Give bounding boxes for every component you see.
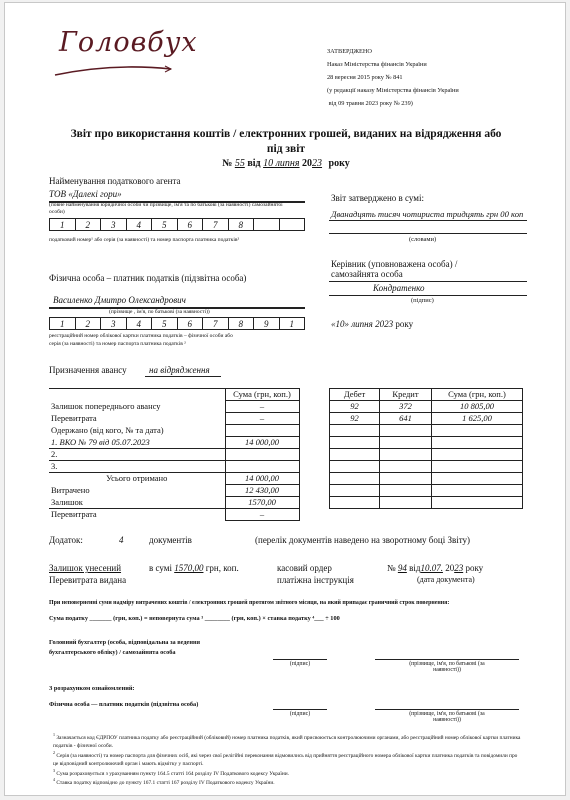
approval-stamp: ЗАТВЕРДЖЕНО Наказ Міністерства фінансів … bbox=[327, 45, 459, 110]
date-year: 2023 bbox=[375, 319, 393, 329]
debit-cell bbox=[330, 473, 380, 485]
return-sum-value: 1570,00 bbox=[174, 563, 203, 573]
sum-header: Сума (грн, коп.) bbox=[225, 389, 299, 401]
attachment-count: 4 bbox=[119, 535, 124, 545]
purpose-label: Призначення авансу bbox=[49, 365, 127, 375]
footnote-mark: 4 bbox=[53, 777, 55, 782]
debit-header: Дебет bbox=[330, 389, 380, 401]
acquainted-label: З розрахунком ознайомлений: bbox=[49, 685, 135, 692]
debit-cell bbox=[330, 425, 380, 437]
code-cell bbox=[280, 219, 305, 230]
code-cell: 1 bbox=[50, 318, 76, 329]
row-value: 1570,00 bbox=[225, 497, 299, 509]
report-year: 23 bbox=[312, 158, 322, 169]
sum-cell: 10 805,00 bbox=[432, 401, 523, 413]
row-label: Витрачено bbox=[49, 485, 225, 497]
accounting-entries-table: Дебет Кредит Сума (грн, коп.) 9237210 80… bbox=[329, 388, 523, 509]
row-label: Залишок попереднього авансу bbox=[49, 401, 225, 413]
approval-line: (у редакції наказу Міністерства фінансів… bbox=[327, 84, 459, 97]
accountant-name-caption: (прізвище, ім'я, по батькові (за наявнос… bbox=[375, 661, 519, 673]
footnote-text: Зазначається код ЄДРПОУ платника податку… bbox=[53, 735, 520, 749]
year-prefix: 20 bbox=[445, 563, 454, 573]
code-cell: 1 bbox=[50, 219, 76, 230]
doc-type-payment-instruction: платіжна інструкція bbox=[277, 575, 354, 585]
footnote-text: Серія (за наявності) та номер паспорта д… bbox=[53, 753, 517, 767]
year-prefix: 20 bbox=[302, 158, 312, 169]
agent-code-cells: 1 2 3 4 5 6 7 8 bbox=[49, 218, 305, 231]
head-name: Кондратенко bbox=[373, 283, 424, 293]
footnote-2: 2 Серія (за наявності) та номер паспорта… bbox=[53, 749, 523, 768]
logo-swash-icon bbox=[53, 63, 173, 77]
row-value: 14 000,00 bbox=[225, 473, 299, 485]
year-word: року bbox=[465, 563, 483, 573]
approval-line: 28 вересня 2015 року № 841 bbox=[327, 71, 459, 84]
debit-cell: 92 bbox=[330, 413, 380, 425]
person-code-cells: 1 2 3 4 5 6 7 8 9 1 bbox=[49, 317, 305, 330]
sum-cell bbox=[432, 449, 523, 461]
code-cell: 6 bbox=[178, 318, 204, 329]
code-cell: 1 bbox=[280, 318, 305, 329]
sum-cell bbox=[432, 497, 523, 509]
person-signature-caption: (підпис) bbox=[273, 711, 327, 717]
year-word: року bbox=[329, 158, 350, 169]
row-label: 1. ВКО № 79 від 05.07.2023 bbox=[49, 437, 225, 449]
row-value bbox=[225, 461, 299, 473]
logo: Головбух bbox=[59, 27, 198, 58]
code-cell: 8 bbox=[229, 219, 255, 230]
credit-cell bbox=[380, 497, 432, 509]
code-cell: 6 bbox=[178, 219, 204, 230]
row-value bbox=[225, 449, 299, 461]
accountant-signature-caption: (підпис) bbox=[273, 661, 327, 667]
document-title-line2: під звіт bbox=[5, 143, 567, 155]
report-date: 10 липня bbox=[263, 158, 299, 169]
doc-type-cash-order: касовий ордер bbox=[277, 563, 332, 573]
person-code-caption: реєстраційний номер облікової картки пла… bbox=[49, 333, 233, 340]
approval-date: «10» липня 2023 року bbox=[331, 319, 413, 329]
footnote-mark: 2 bbox=[53, 750, 55, 755]
row-value: – bbox=[225, 413, 299, 425]
row-label: 3. bbox=[49, 461, 225, 473]
return-date: 10.07. bbox=[420, 563, 443, 573]
document-title: Звіт про використання коштів / електронн… bbox=[5, 128, 567, 140]
debit-cell bbox=[330, 461, 380, 473]
sum-cell bbox=[432, 437, 523, 449]
code-cell: 4 bbox=[127, 318, 153, 329]
code-cell: 2 bbox=[76, 219, 102, 230]
person-signature-label: Фізична особа — платник податків (підзві… bbox=[49, 701, 198, 708]
debit-cell: 92 bbox=[330, 401, 380, 413]
code-cell: 9 bbox=[254, 318, 280, 329]
credit-cell: 641 bbox=[380, 413, 432, 425]
sum-cell bbox=[432, 473, 523, 485]
approved-sum-words: Дванадцять тисяч чотириста тридцять грн … bbox=[331, 209, 523, 219]
report-number-line: № 55 від 10 липня 2023 року bbox=[5, 158, 567, 169]
head-label-2: самозайнята особа bbox=[331, 269, 403, 279]
return-number: 94 bbox=[398, 563, 407, 573]
approved-sum-label: Звіт затверджено в сумі: bbox=[331, 193, 424, 203]
row-label: Одержано (від кого, № та дата) bbox=[49, 425, 225, 437]
footnote-4: 4 Ставка податку відповідно до пункту 16… bbox=[53, 776, 523, 787]
credit-cell bbox=[380, 425, 432, 437]
code-cell: 7 bbox=[203, 219, 229, 230]
credit-cell bbox=[380, 473, 432, 485]
row-label: Перевитрата bbox=[49, 413, 225, 425]
code-cell: 2 bbox=[76, 318, 102, 329]
purpose-value: на відрядження bbox=[149, 365, 210, 375]
tax-formula: Сума податку _______ (грн, коп.) = непов… bbox=[49, 615, 340, 622]
attachment-note: (перелік документів наведено на зворотно… bbox=[255, 535, 470, 545]
caption-line: наявності)) bbox=[375, 667, 519, 673]
row-value: 12 430,00 bbox=[225, 485, 299, 497]
return-sum: в сумі 1570,00 грн, коп. bbox=[149, 563, 239, 573]
debit-cell bbox=[330, 497, 380, 509]
debit-cell bbox=[330, 485, 380, 497]
advance-table: Сума (грн, коп.) Залишок попереднього ав… bbox=[49, 388, 300, 521]
row-value: – bbox=[225, 509, 299, 521]
head-label: Керівник (уповноважена особа) / bbox=[331, 259, 457, 269]
person-label: Фізична особа – платник податків (підзві… bbox=[49, 273, 246, 283]
return-doc-number: № 94 від10.07. 2023 року bbox=[387, 563, 483, 573]
footnote-1: 1 Зазначається код ЄДРПОУ платника подат… bbox=[53, 731, 523, 750]
code-cell: 8 bbox=[229, 318, 255, 329]
from-word: від bbox=[409, 563, 420, 573]
head-signature-caption: (підпис) bbox=[411, 297, 434, 304]
row-value: 14 000,00 bbox=[225, 437, 299, 449]
caption-line: наявності)) bbox=[375, 717, 519, 723]
number-prefix: № bbox=[387, 563, 396, 573]
footnote-text: Ставка податку відповідно до пункту 167.… bbox=[56, 780, 274, 786]
code-cell: 5 bbox=[152, 219, 178, 230]
approval-line: Наказ Міністерства фінансів України bbox=[327, 58, 459, 71]
debit-cell bbox=[330, 437, 380, 449]
date-word: року bbox=[395, 319, 413, 329]
agent-name: ТОВ «Далекі гори» bbox=[49, 189, 122, 199]
footnote-mark: 1 bbox=[53, 732, 55, 737]
code-cell bbox=[254, 219, 280, 230]
code-cell: 4 bbox=[127, 219, 153, 230]
words-caption: (словами) bbox=[409, 236, 436, 243]
agent-label: Найменування податкового агента bbox=[49, 176, 181, 186]
approval-line: від 09 травня 2023 року № 239) bbox=[327, 97, 459, 110]
row-value bbox=[225, 425, 299, 437]
row-label: Залишок bbox=[49, 497, 225, 509]
sum-cell bbox=[432, 461, 523, 473]
date-day: «10» bbox=[331, 319, 349, 329]
credit-cell bbox=[380, 449, 432, 461]
attachment-label: Додаток: bbox=[49, 535, 83, 545]
credit-cell: 372 bbox=[380, 401, 432, 413]
overspend-label: Перевитрата видана bbox=[49, 575, 126, 585]
row-label: Усього отримано bbox=[49, 473, 225, 485]
attachment-unit: документів bbox=[149, 535, 192, 545]
document-page: Головбух ЗАТВЕРДЖЕНО Наказ Міністерства … bbox=[4, 2, 566, 796]
currency: грн, коп. bbox=[206, 563, 239, 573]
credit-cell bbox=[380, 437, 432, 449]
row-label: 2. bbox=[49, 449, 225, 461]
date-caption: (дата документа) bbox=[417, 575, 475, 584]
date-month: липня bbox=[351, 319, 373, 329]
footnote-mark: 3 bbox=[53, 768, 55, 773]
code-cell: 3 bbox=[101, 318, 127, 329]
sum-cell bbox=[432, 485, 523, 497]
person-name-caption: (прізвище , ім'я, по батькові (за наявно… bbox=[109, 309, 210, 316]
code-cell: 7 bbox=[203, 318, 229, 329]
sum-label: в сумі bbox=[149, 563, 172, 573]
number-prefix: № bbox=[222, 158, 232, 169]
debit-cell bbox=[330, 449, 380, 461]
from-word: від bbox=[247, 158, 260, 169]
row-value: – bbox=[225, 401, 299, 413]
report-number: 55 bbox=[235, 158, 245, 169]
remainder-label: Залишок унесений bbox=[49, 563, 121, 573]
accountant-label: Головний бухгалтер (особа, відповідальна… bbox=[49, 639, 200, 646]
approval-heading: ЗАТВЕРДЖЕНО bbox=[327, 45, 459, 58]
code-cell: 5 bbox=[152, 318, 178, 329]
credit-header: Кредит bbox=[380, 389, 432, 401]
sum-cell bbox=[432, 425, 523, 437]
credit-cell bbox=[380, 461, 432, 473]
tax-condition: При неповерненні суми надміру витрачених… bbox=[49, 600, 449, 606]
person-name: Василенко Дмитро Олександрович bbox=[53, 295, 186, 305]
agent-name-caption: (повне найменування юридичної особи чи п… bbox=[49, 202, 289, 216]
accountant-label-2: бухгалтерського обліку) / самозайнята ос… bbox=[49, 649, 176, 656]
agent-code-caption: податковий номер¹ або серія (за наявност… bbox=[49, 237, 239, 244]
credit-cell bbox=[380, 485, 432, 497]
return-year: 23 bbox=[454, 563, 463, 573]
sum-cell: 1 625,00 bbox=[432, 413, 523, 425]
person-name-caption: (прізвище, ім'я, по батькові (за наявнос… bbox=[375, 711, 519, 723]
code-cell: 3 bbox=[101, 219, 127, 230]
sum-header: Сума (грн, коп.) bbox=[432, 389, 523, 401]
person-code-caption-2: серія (за наявності) та номер паспорта п… bbox=[49, 341, 186, 348]
row-label: Перевитрата bbox=[49, 509, 225, 521]
